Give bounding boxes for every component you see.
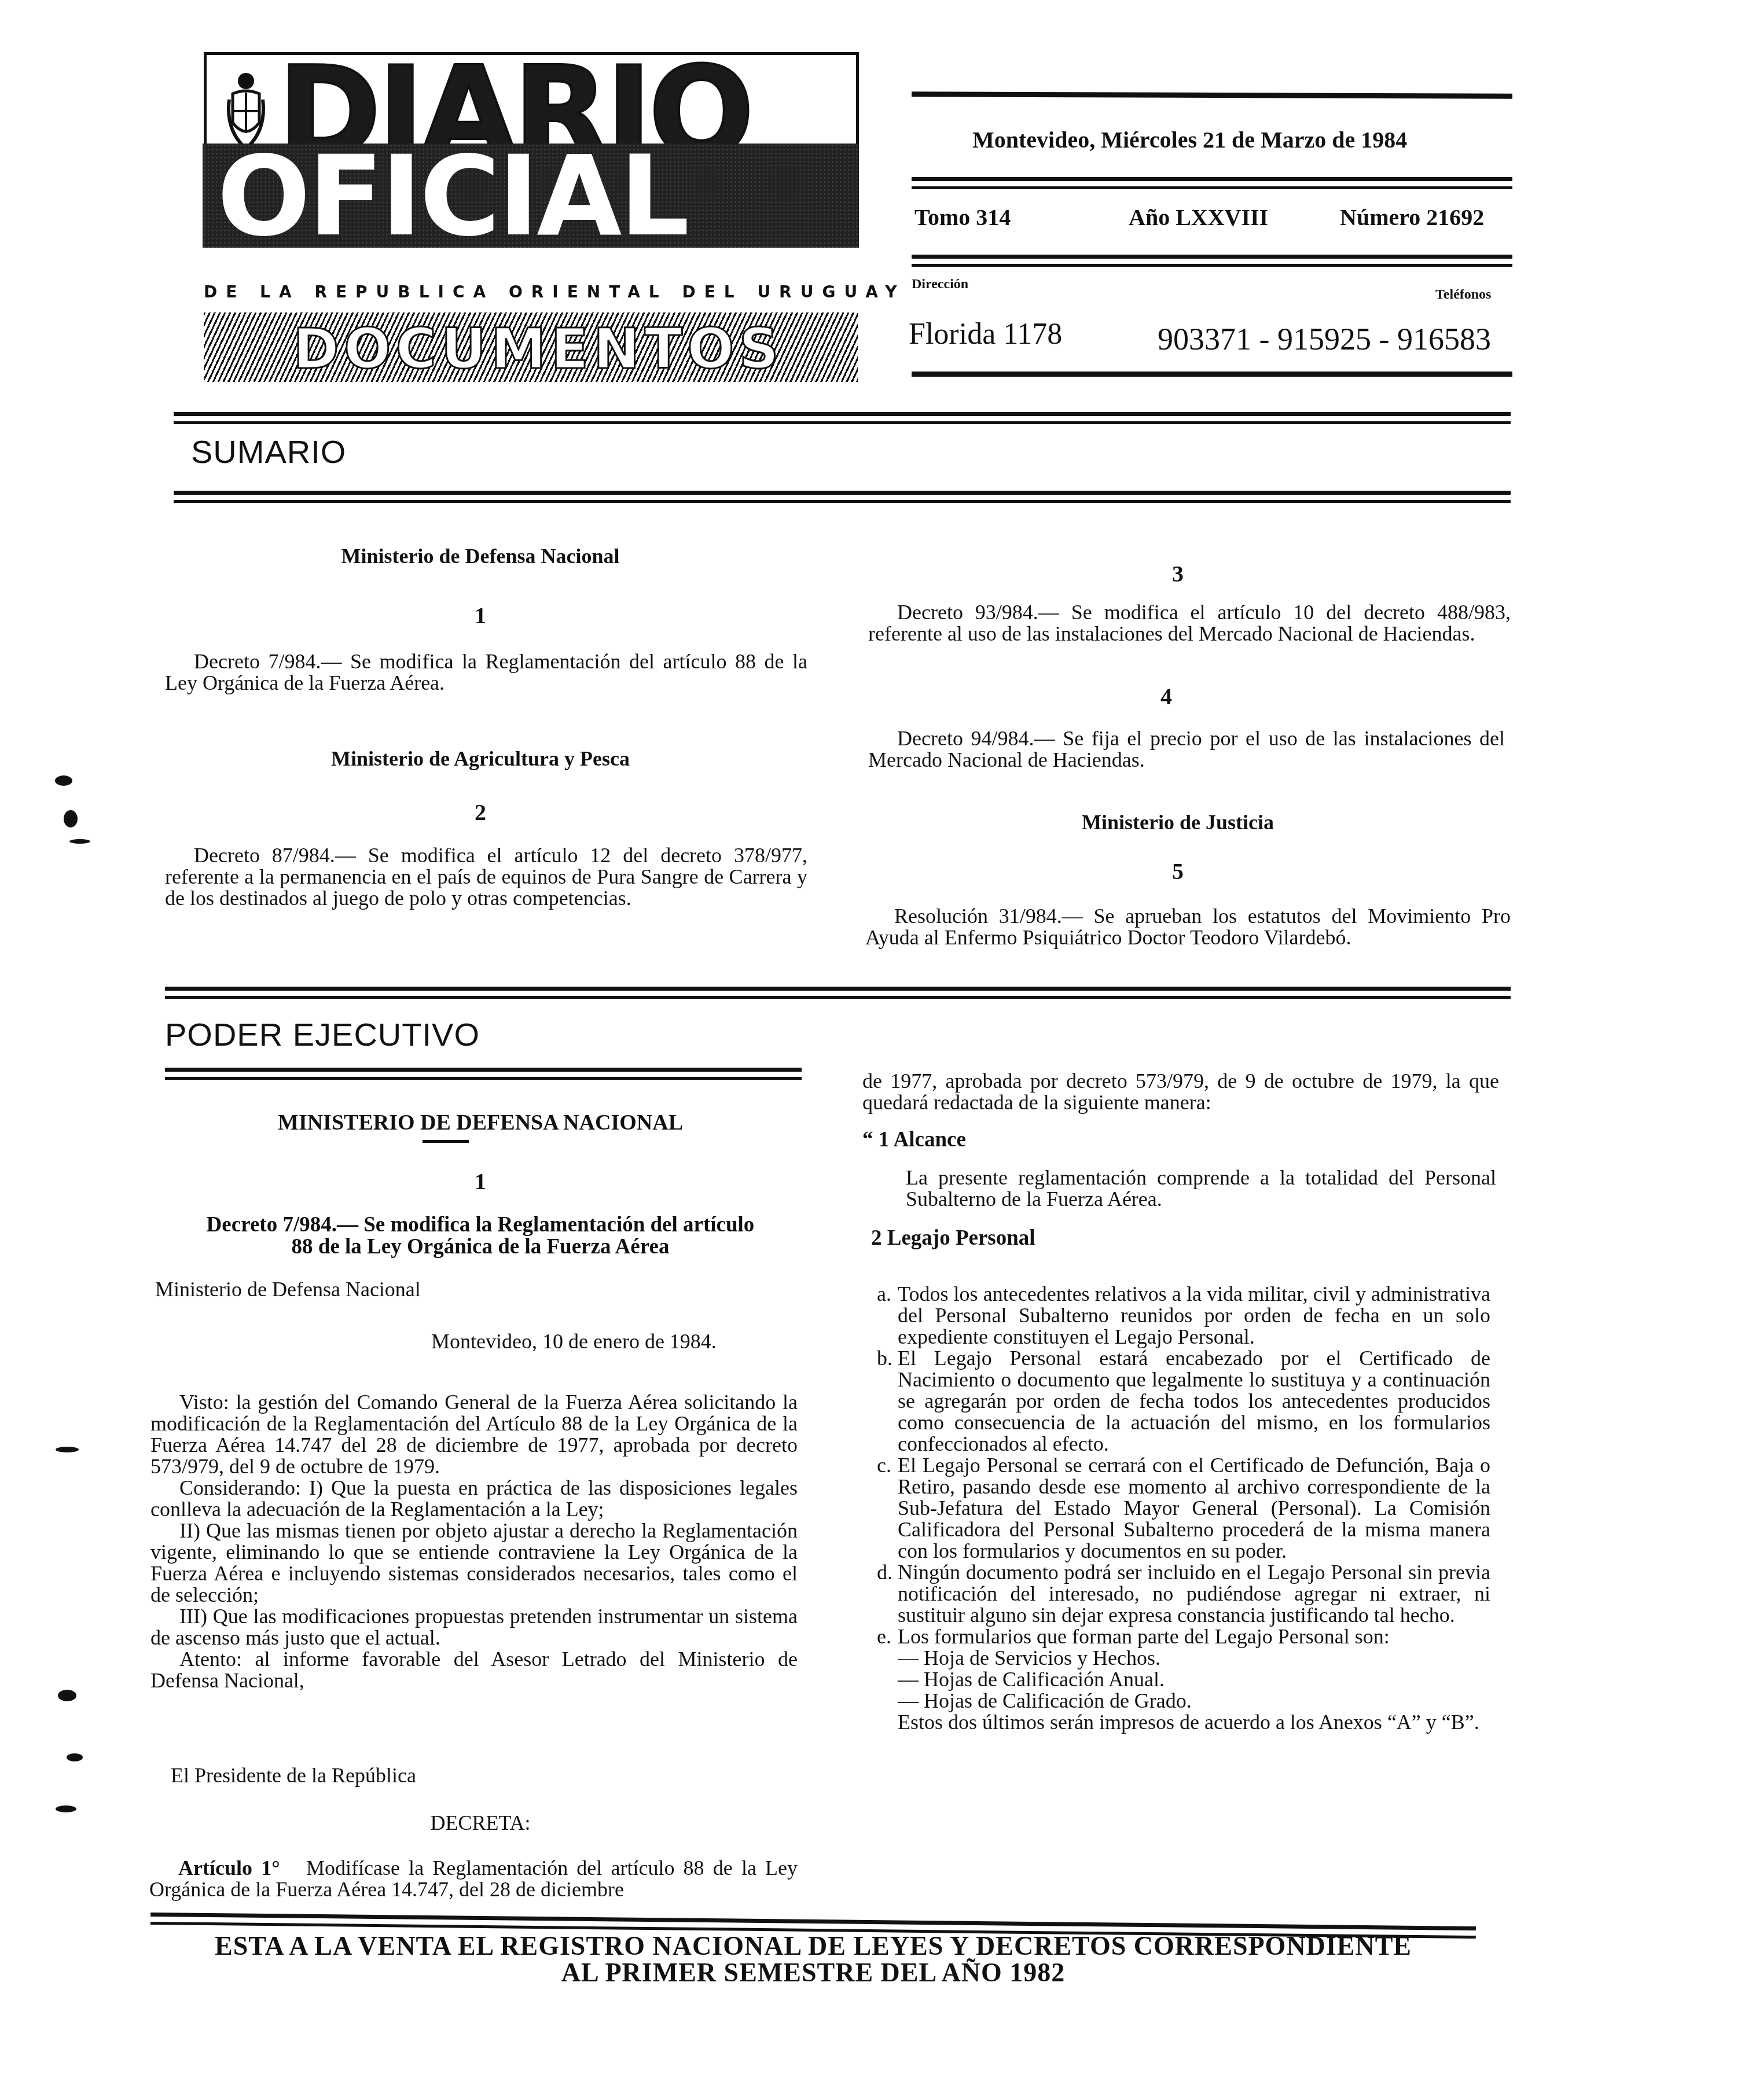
pe-place-date: Montevideo, 10 de enero de 1984. <box>431 1331 717 1352</box>
section-double-rule <box>174 412 1511 424</box>
sumario-item-number: 5 <box>862 858 1493 885</box>
legajo-item-c: c.El Legajo Personal se cerrará con el C… <box>877 1455 1490 1562</box>
sumario-entry-5[interactable]: Resolución 31/984.— Se aprueban los esta… <box>865 906 1511 948</box>
header-double-rule <box>912 177 1512 189</box>
legajo-list: a.Todos los antecedentes relativos a la … <box>877 1283 1490 1733</box>
issue-year: Año LXXVIII <box>1129 204 1268 231</box>
pe-president: El Presidente de la República <box>171 1765 416 1786</box>
phones-value: 903371 - 915925 - 916583 <box>1158 321 1491 357</box>
masthead-subtitle: DE LA REPUBLICA ORIENTAL DEL URUGUAY <box>204 282 858 301</box>
sumario-item-number: 3 <box>862 560 1493 587</box>
issue-date: Montevideo, Miércoles 21 de Marzo de 198… <box>972 126 1407 153</box>
pe-continuation: de 1977, aprobada por decreto 573/979, d… <box>862 1071 1499 1113</box>
scan-noise <box>58 1690 76 1701</box>
sumario-entry-2[interactable]: Decreto 87/984.— Se modifica el artículo… <box>165 845 807 909</box>
forms-list: — Hoja de Servicios y Hechos. — Hojas de… <box>877 1647 1490 1733</box>
address-value: Florida 1178 <box>909 317 1062 351</box>
sumario-item-number: 1 <box>162 602 799 629</box>
section-double-rule <box>174 491 1511 503</box>
sumario-ministry-justicia: Ministerio de Justicia <box>862 810 1493 834</box>
articulo-label: Artículo 1° <box>178 1856 280 1880</box>
issue-tomo: Tomo 314 <box>914 204 1011 231</box>
pe-item-number: 1 <box>162 1168 799 1195</box>
footer-line-1: ESTA A LA VENTA EL REGISTRO NACIONAL DE … <box>150 1933 1476 1959</box>
sumario-item-number: 4 <box>862 683 1470 710</box>
pe-issuer: Ministerio de Defensa Nacional <box>155 1279 421 1300</box>
documentos-banner-label: DOCUMENTOS <box>243 317 833 381</box>
forms-closing-note: Estos dos últimos serán impresos de acue… <box>898 1712 1490 1733</box>
considerando-3: III) Que las modificaciones propuestas p… <box>150 1606 798 1649</box>
footer-line-2: AL PRIMER SEMESTRE DEL AÑO 1982 <box>150 1959 1476 1986</box>
scan-noise <box>67 1753 83 1761</box>
header-rule <box>912 372 1512 377</box>
sumario-ministry-defensa: Ministerio de Defensa Nacional <box>162 544 799 568</box>
pe-preamble: Visto: la gestión del Comando General de… <box>150 1392 798 1691</box>
header-rule <box>912 91 1512 99</box>
legajo-heading: 2 Legajo Personal <box>871 1226 1035 1251</box>
section-double-rule <box>165 1068 802 1080</box>
poder-ejecutivo-title: PODER EJECUTIVO <box>165 1016 480 1053</box>
sumario-ministry-agricultura: Ministerio de Agricultura y Pesca <box>162 746 799 771</box>
legajo-item-a: a.Todos los antecedentes relativos a la … <box>877 1283 1490 1348</box>
section-double-rule <box>165 987 1511 999</box>
footer-announcement: ESTA A LA VENTA EL REGISTRO NACIONAL DE … <box>150 1933 1476 1986</box>
scan-noise <box>64 810 78 828</box>
form-item: — Hojas de Calificación Anual. <box>898 1669 1490 1690</box>
legajo-item-e: e.Los formularios que forman parte del L… <box>877 1626 1490 1647</box>
pe-decree-title: Decreto 7/984.— Se modifica la Reglament… <box>156 1214 805 1258</box>
considerando-2: II) Que las mismas tienen por objeto aju… <box>150 1520 798 1606</box>
address-label: Dirección <box>912 277 968 292</box>
pe-ministry-heading: MINISTERIO DE DEFENSA NACIONAL <box>162 1110 799 1135</box>
alcance-heading: “ 1 Alcance <box>862 1127 966 1152</box>
sumario-entry-4[interactable]: Decreto 94/984.— Se fija el precio por e… <box>868 728 1505 771</box>
phones-label: Teléfonos <box>1435 287 1491 303</box>
form-item: — Hoja de Servicios y Hechos. <box>898 1647 1490 1669</box>
legajo-item-b: b.El Legajo Personal estará encabezado p… <box>877 1348 1490 1455</box>
scan-noise <box>69 839 90 844</box>
issue-number: Número 21692 <box>1340 204 1484 231</box>
masthead-title-oficial: OFICIAL <box>217 148 842 246</box>
sumario-entry-1[interactable]: Decreto 7/984.— Se modifica la Reglament… <box>165 651 807 694</box>
legajo-item-d: d.Ningún documento podrá ser incluido en… <box>877 1562 1490 1626</box>
alcance-text: La presente reglamentación comprende a l… <box>906 1167 1496 1210</box>
sumario-item-number: 2 <box>162 799 799 826</box>
scan-noise <box>55 775 72 786</box>
ministry-underline <box>423 1140 469 1143</box>
visto-paragraph: Visto: la gestión del Comando General de… <box>150 1392 798 1477</box>
sumario-title: SUMARIO <box>191 433 346 470</box>
pe-decreta: DECRETA: <box>162 1812 799 1834</box>
atento-paragraph: Atento: al informe favorable del Asesor … <box>150 1649 798 1691</box>
pe-articulo-1: Artículo 1° Modifícase la Reglamentación… <box>149 1858 798 1900</box>
considerando-1: Considerando: I) Que la puesta en prácti… <box>150 1477 798 1520</box>
scan-noise <box>56 1447 79 1452</box>
sumario-entry-3[interactable]: Decreto 93/984.— Se modifica el artículo… <box>868 602 1511 645</box>
header-double-rule <box>912 255 1512 267</box>
form-item: — Hojas de Calificación de Grado. <box>898 1690 1490 1712</box>
scan-noise <box>56 1805 76 1812</box>
